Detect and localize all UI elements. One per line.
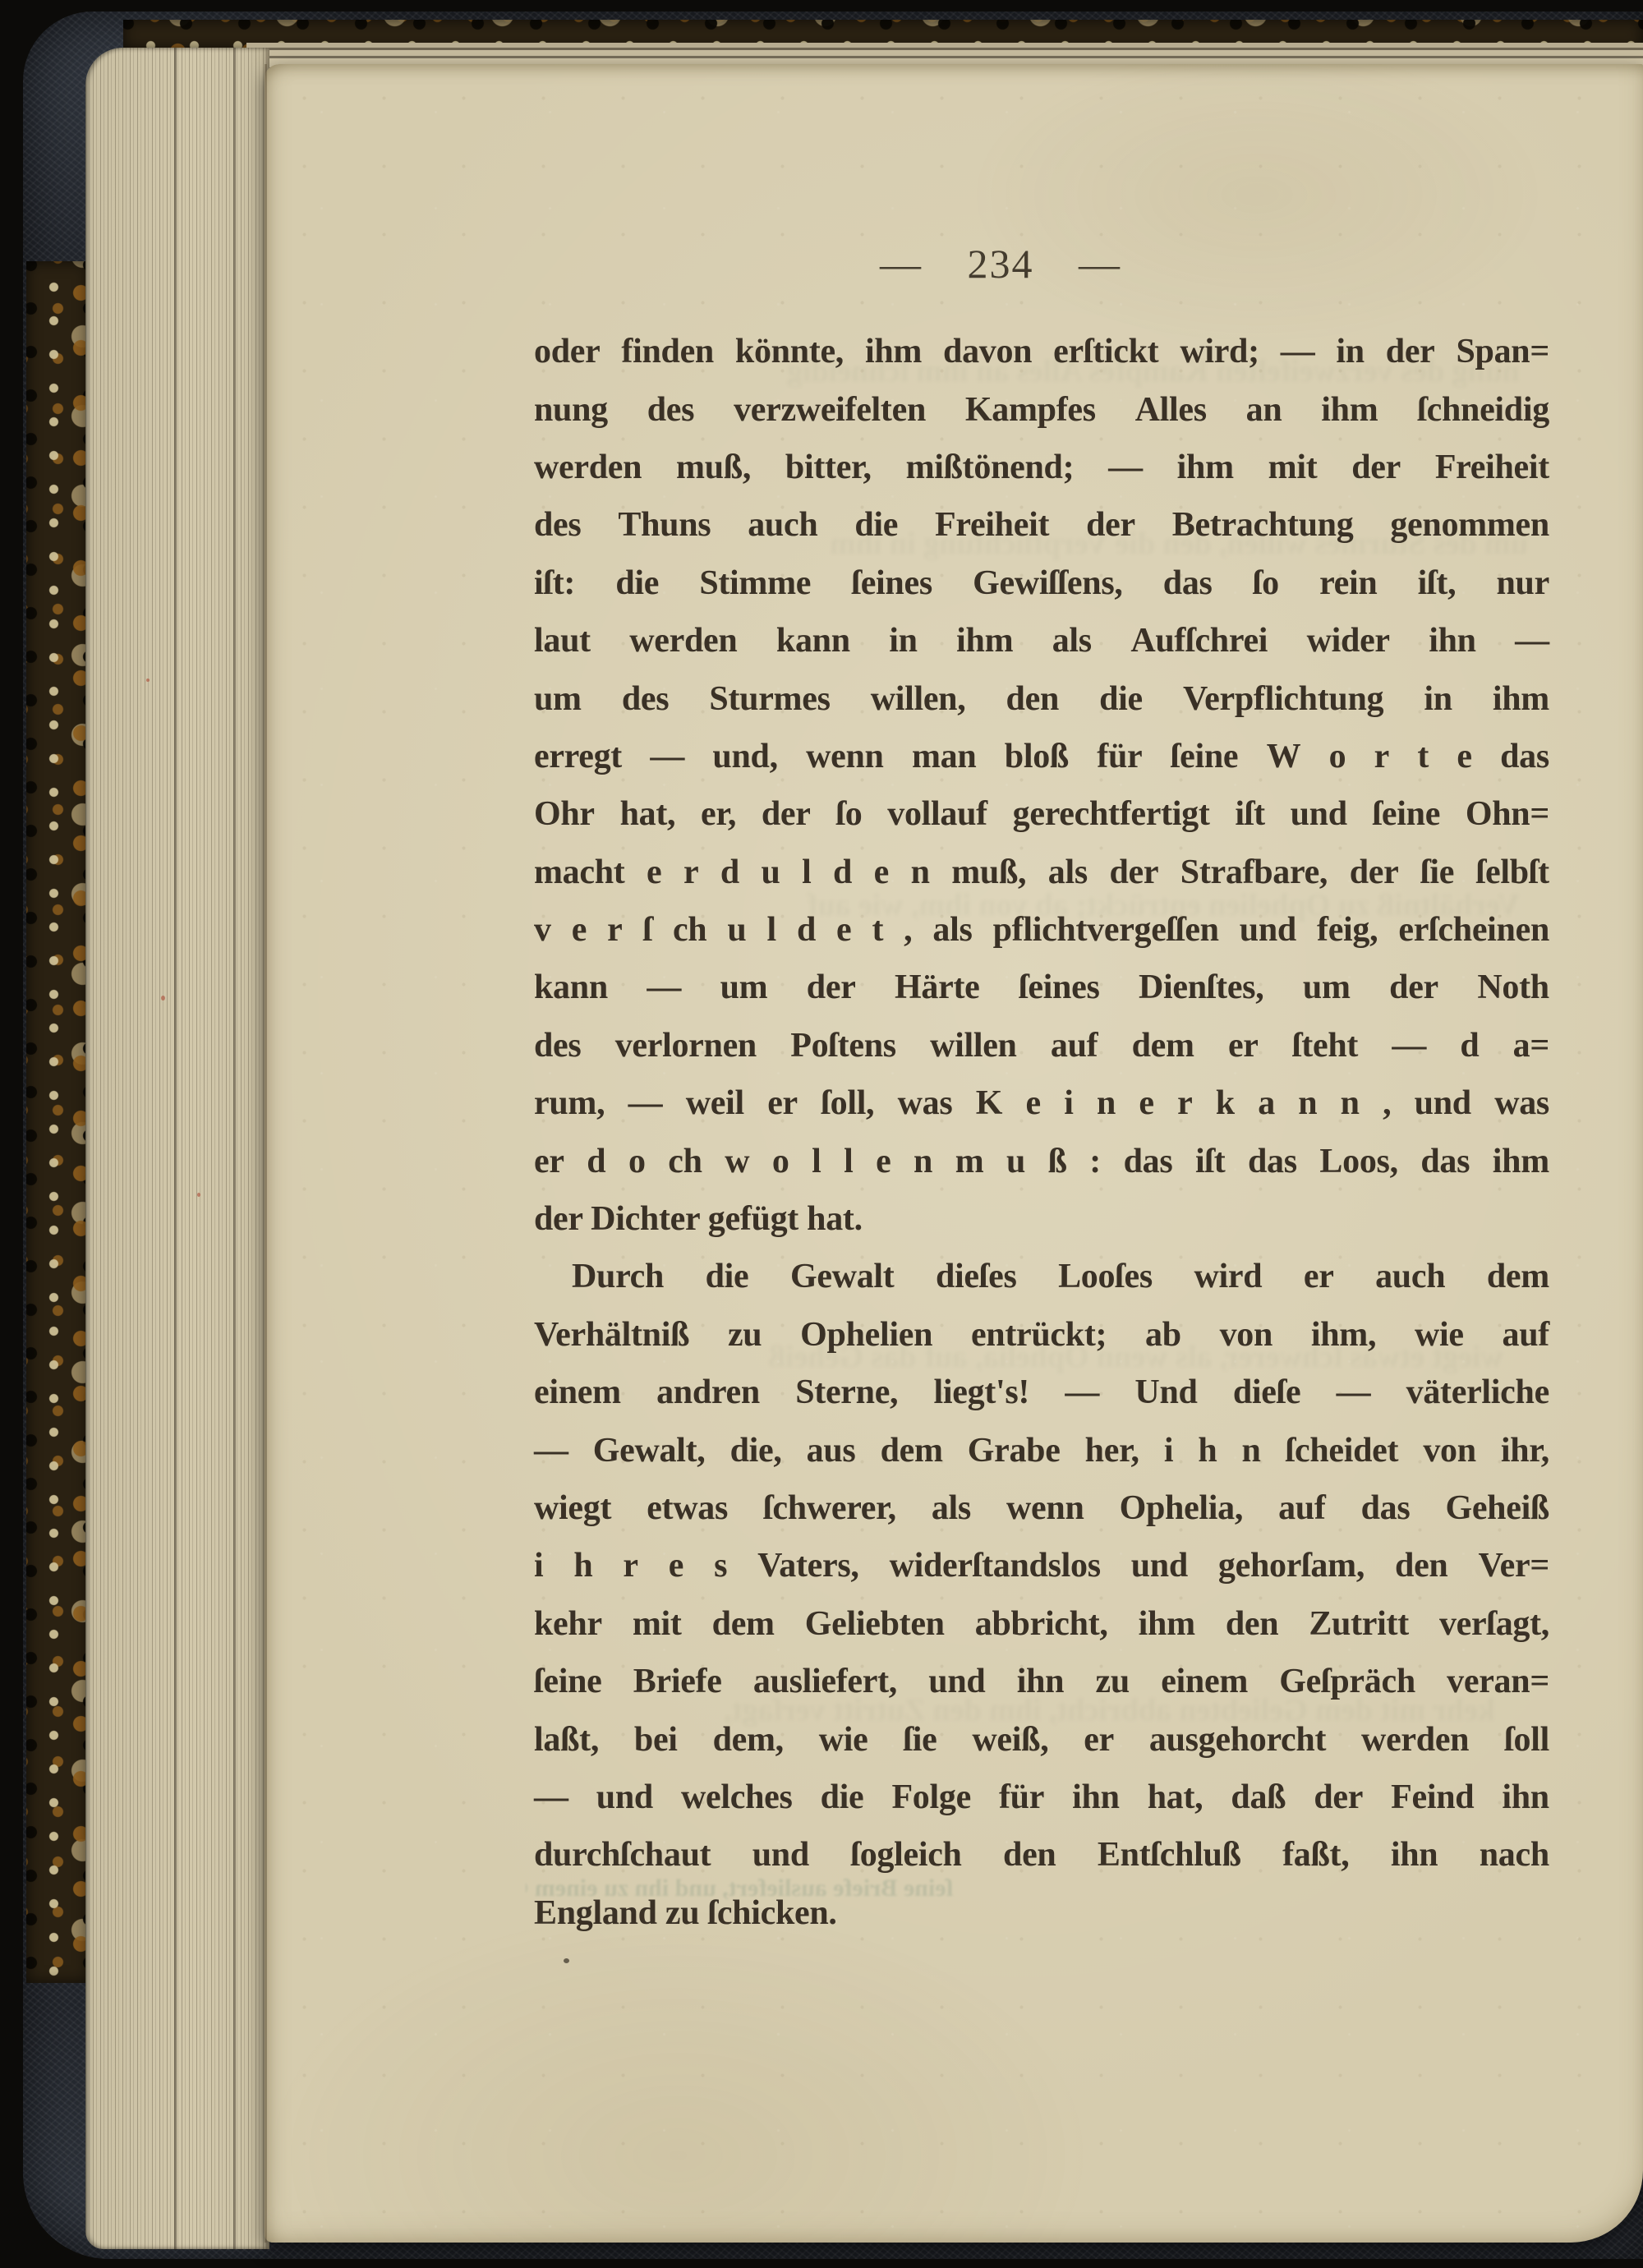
text-line: oderfindenkönnte,ihmdavonerſticktwird;—i… bbox=[534, 323, 1549, 380]
red-speck bbox=[146, 679, 150, 682]
text-line: —Gewalt,die,ausdemGrabeher,ihnſcheidetvo… bbox=[534, 1421, 1549, 1479]
text-line: umdesSturmeswillen,dendieVerpflichtungin… bbox=[534, 669, 1549, 727]
book-page: — 234 — oderfindenkönnte,ihmdavonerſtick… bbox=[265, 64, 1643, 2243]
red-speck bbox=[197, 1193, 200, 1197]
ink-speck bbox=[564, 1958, 569, 1963]
text-line: nungdesverzweifeltenKampfesAllesanihmſch… bbox=[534, 380, 1549, 438]
text-line: laßt,beidem,wieſieweiß,erausgehorchtwerd… bbox=[534, 1710, 1549, 1768]
text-line: erdochwollenmuß:dasiſtdasLoos,dasihm bbox=[534, 1132, 1549, 1189]
header-dash-right: — bbox=[1079, 241, 1121, 287]
text-line: iſt:dieStimmeſeinesGewiſſens,dasſoreiniſ… bbox=[534, 554, 1549, 612]
text-line: ihresVaters,widerſtandslosundgehorſam,de… bbox=[534, 1537, 1549, 1594]
text-line: durchſchautundſogleichdenEntſchlußfaßt,i… bbox=[534, 1826, 1549, 1884]
text-line: desverlornenPoſtenswillenaufdemerſteht—d… bbox=[534, 1017, 1549, 1074]
page-header: — 234 — bbox=[534, 240, 1467, 288]
header-dash-left: — bbox=[880, 241, 923, 287]
text-line: ſeineBriefeausliefert,undihnzueinemGeſpr… bbox=[534, 1653, 1549, 1710]
page-number: 234 bbox=[968, 241, 1034, 287]
text-line: wiegtetwasſchwerer,alswennOphelia,aufdas… bbox=[534, 1479, 1549, 1537]
text-line: Ohrhat,er,derſovollaufgerechtfertigtiſtu… bbox=[534, 785, 1549, 843]
text-line: lautwerdenkanninihmalsAufſchreiwiderihn— bbox=[534, 612, 1549, 669]
red-speck bbox=[161, 996, 165, 1001]
text-line: machterduldenmuß,alsderStrafbare,derſieſ… bbox=[534, 844, 1549, 901]
text-line: —undwelchesdieFolgefürihnhat,daßderFeind… bbox=[534, 1769, 1549, 1826]
page-stack-fore-edge bbox=[85, 48, 269, 2249]
text-line: desThunsauchdieFreiheitderBetrachtunggen… bbox=[534, 496, 1549, 554]
text-line: rum,—weilerſoll,wasKeinerkann,undwas bbox=[534, 1074, 1549, 1132]
text-line: verſchuldet,alspflichtvergeſſenundfeig,e… bbox=[534, 901, 1549, 959]
book-photo-scene: — 234 — oderfindenkönnte,ihmdavonerſtick… bbox=[0, 0, 1643, 2268]
text-line: DurchdieGewaltdieſesLooſeswirderauchdem bbox=[534, 1248, 1549, 1305]
text-line: VerhältnißzuOphelienentrückt;abvonihm,wi… bbox=[534, 1306, 1549, 1364]
marbled-paper-left-strip bbox=[26, 261, 89, 1983]
text-line: einemandrenSterne,liegt's!—Unddieſe—väte… bbox=[534, 1364, 1549, 1421]
text-line: England zu ſchicken. bbox=[534, 1884, 1549, 1942]
text-line: erregt—und,wennmanbloßfürſeineWortedas bbox=[534, 728, 1549, 785]
text-line: kehrmitdemGeliebtenabbricht,ihmdenZutrit… bbox=[534, 1595, 1549, 1653]
text-line: werdenmuß,bitter,mißtönend;—ihmmitderFre… bbox=[534, 439, 1549, 496]
body-text: oderfindenkönnte,ihmdavonerſticktwird;—i… bbox=[534, 323, 1549, 1942]
text-line: kann—umderHärteſeinesDienſtes,umderNoth bbox=[534, 959, 1549, 1016]
text-line: der Dichter gefügt hat. bbox=[534, 1190, 1549, 1248]
